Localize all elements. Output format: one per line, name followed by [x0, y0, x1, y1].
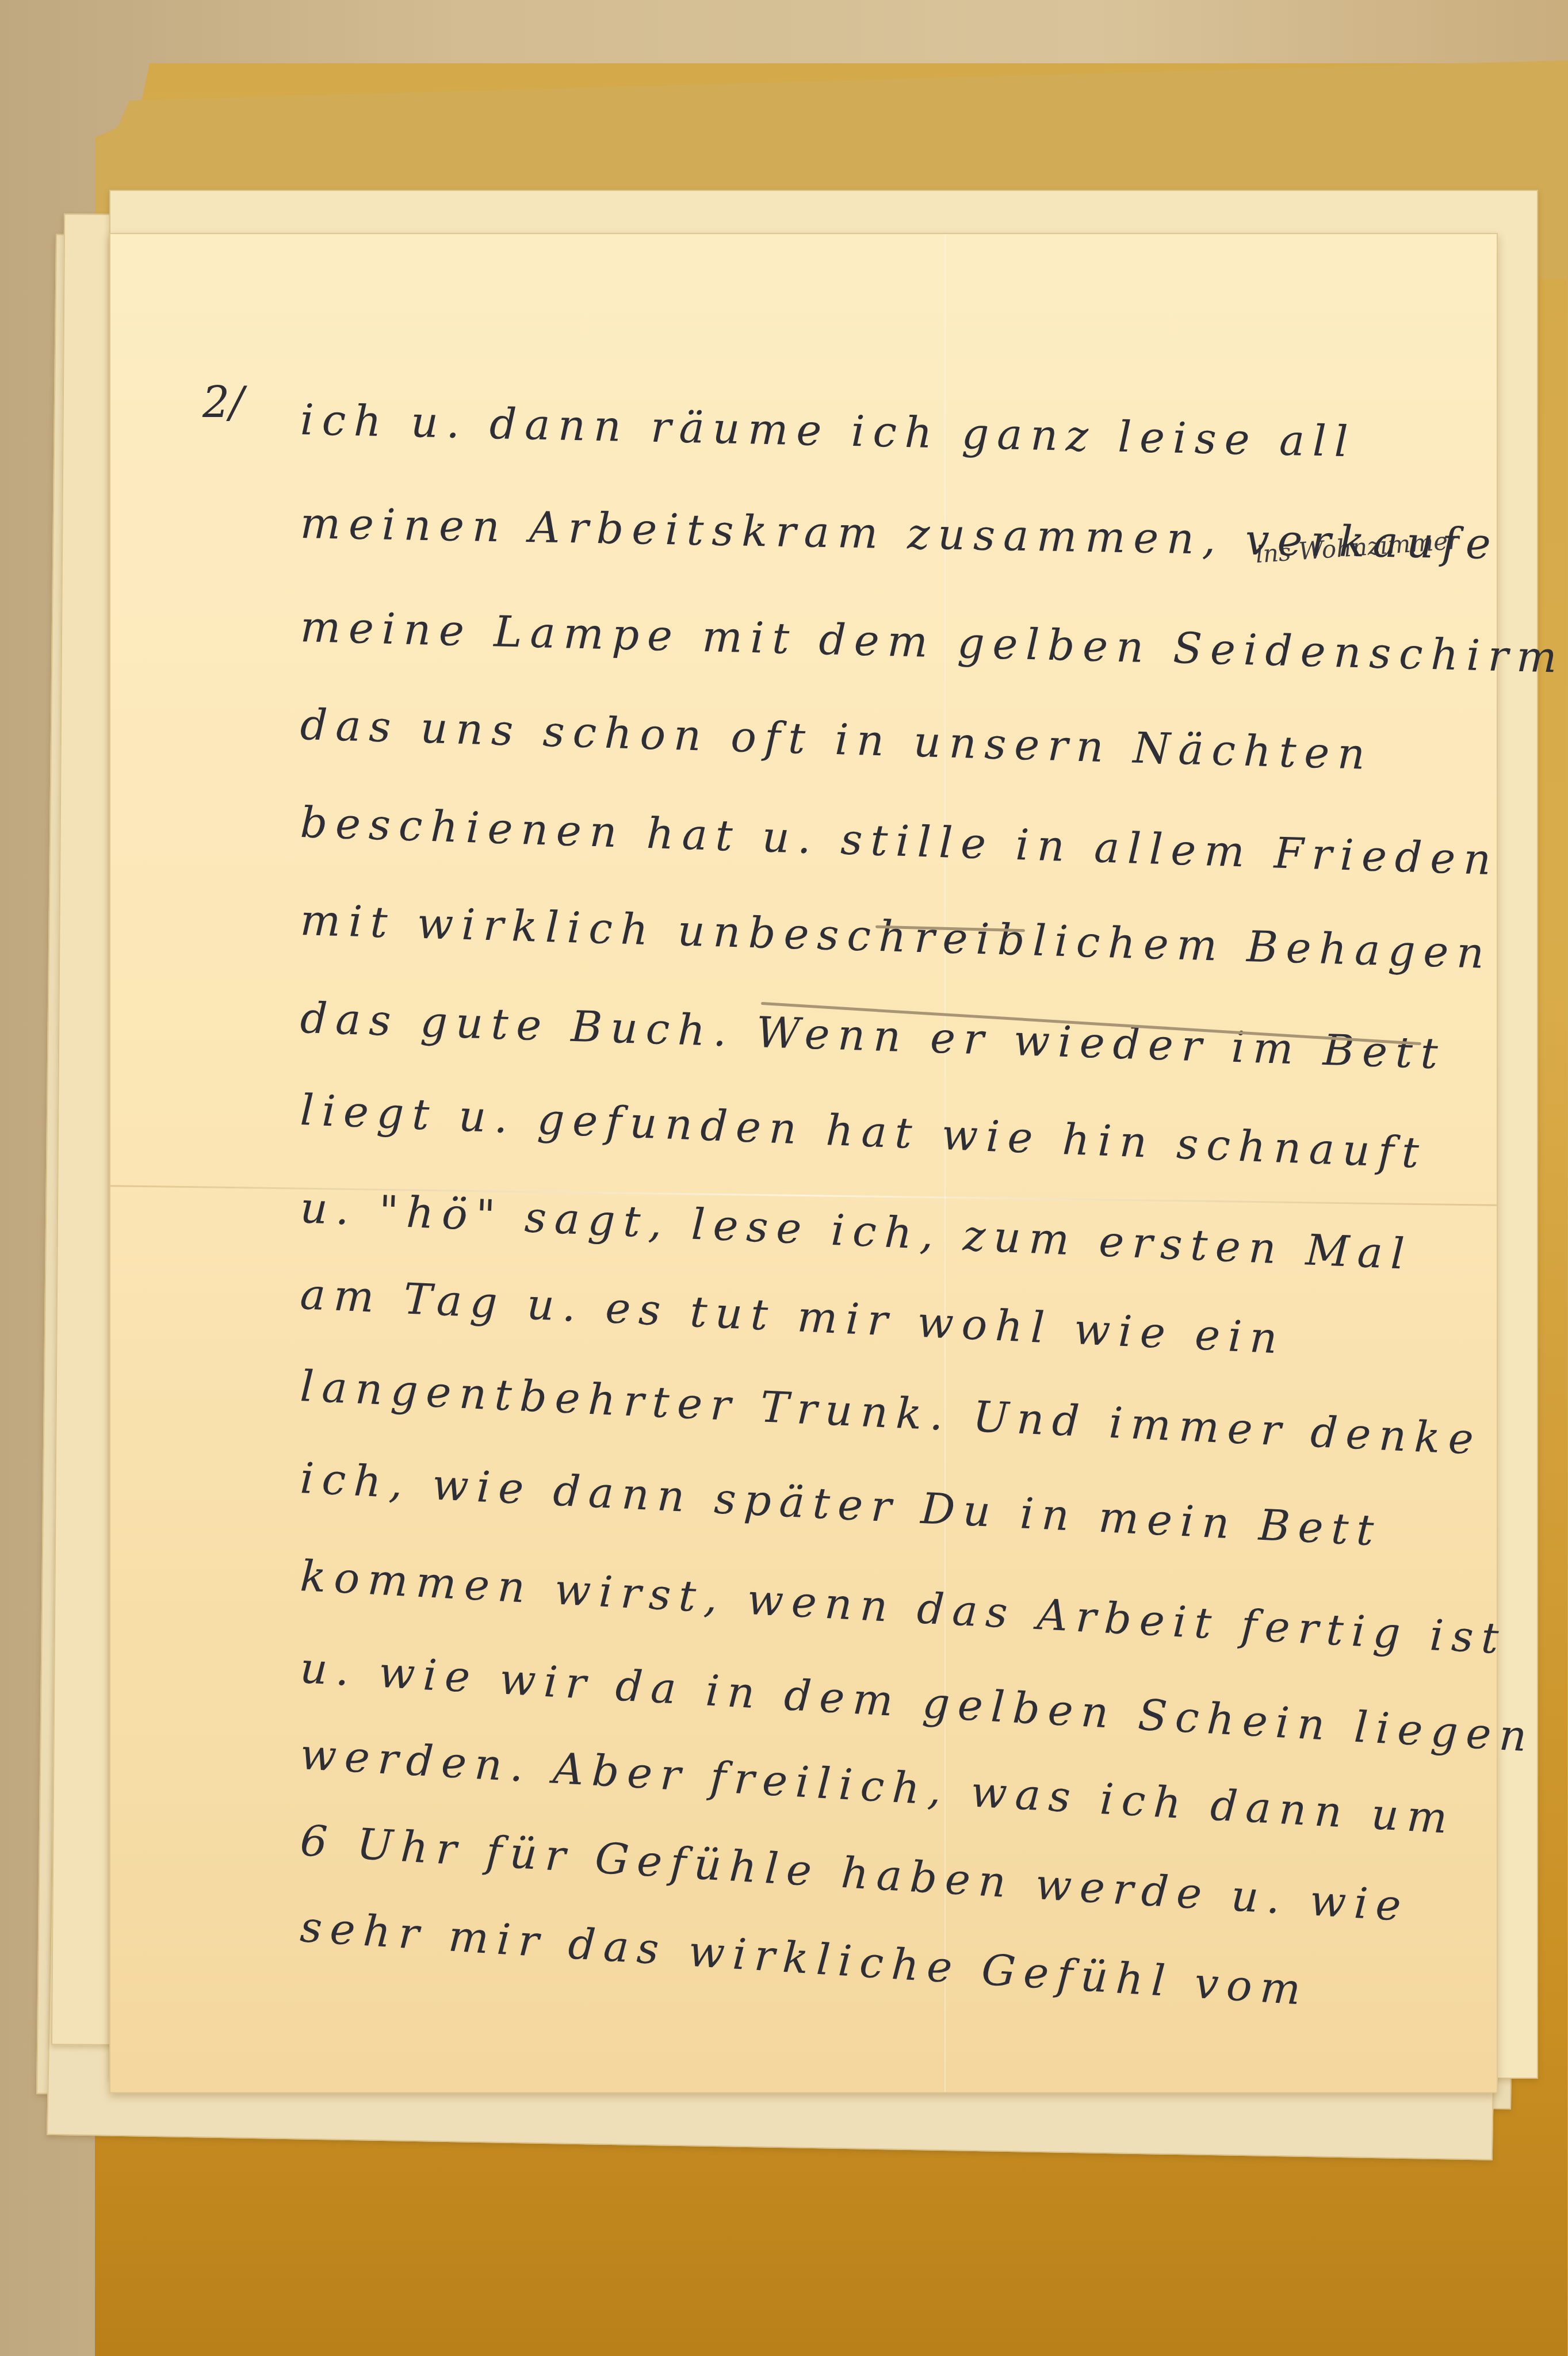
text-line: meine Lampe mit dem gelben Seidenschirm — [300, 602, 1566, 683]
text-line: liegt u. gefunden hat wie hin schnauft — [299, 1085, 1428, 1178]
text-line: das uns schon oft in unsern Nächten — [300, 700, 1374, 779]
letter-page: 2/ ins Wohnzimmer ich u. dann räume ich … — [109, 233, 1498, 2093]
text-line: ich u. dann räume ich ganz leise all — [300, 395, 1356, 466]
text-line: mit wirklich unbeschreiblichem Behagen — [300, 896, 1493, 978]
text-line: ich, wie dann später Du in mein Bett — [299, 1454, 1383, 1556]
text-line: am Tag u. es tut mir wohl wie ein — [299, 1269, 1286, 1364]
text-line: sehr mir das wirkliche Gefühl vom — [299, 1902, 1310, 2015]
page-marker: 2/ — [202, 378, 244, 427]
text-line: u. "hö" sagt, lese ich, zum ersten Mal — [299, 1183, 1413, 1279]
text-line: langentbehrter Trunk. Und immer denke — [299, 1361, 1482, 1464]
text-line: meinen Arbeitskram zusammen, verkaufe — [300, 499, 1499, 569]
text-line: beschienen hat u. stille in allem Friede… — [300, 798, 1500, 885]
text-line: kommen wirst, wenn das Arbeit fertig ist — [299, 1551, 1508, 1664]
